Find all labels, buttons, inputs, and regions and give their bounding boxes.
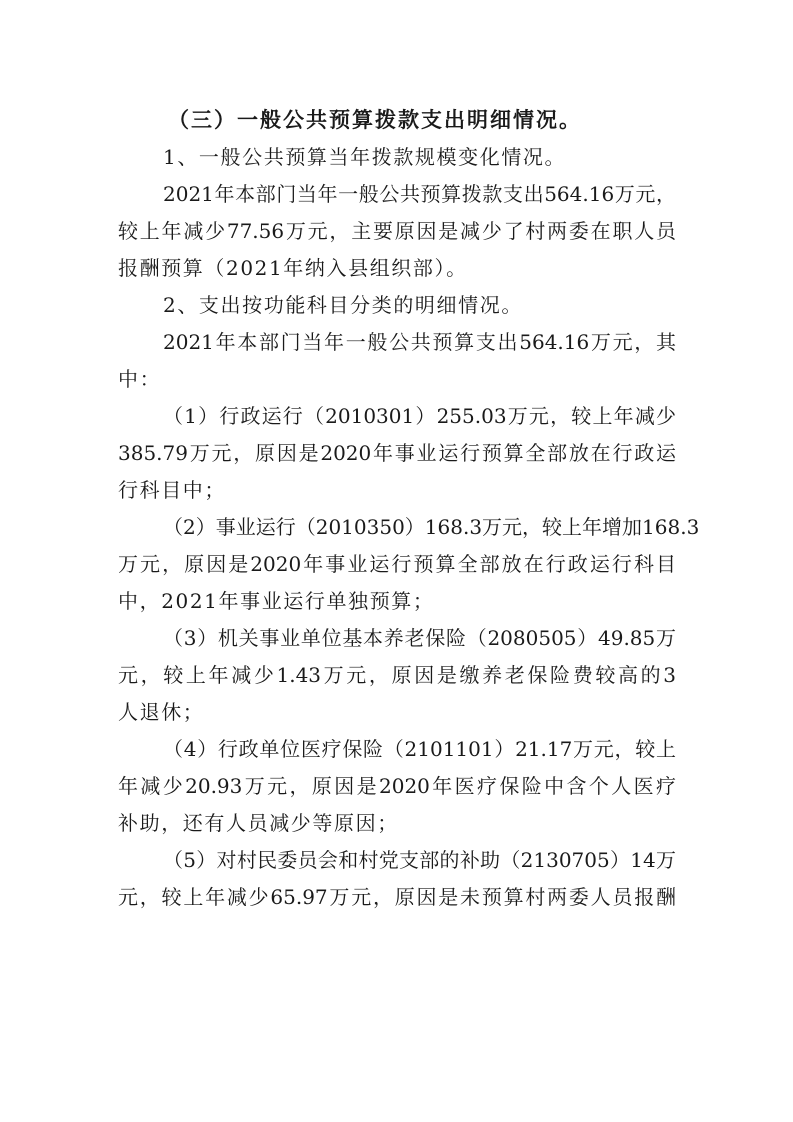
item-line: （4）行政单位医疗保险（2101101）21.17万元，较上 xyxy=(163,731,676,767)
item-line: （1）行政运行（2010301）255.03万元，较上年减少 xyxy=(163,398,676,434)
item-line: 补助，还有人员减少等原因； xyxy=(118,805,399,841)
paragraph-line: 2021年本部门当年一般公共预算支出564.16万元，其 xyxy=(163,324,676,360)
item-line: （2）事业运行（2010350）168.3万元，较上年增加168.3 xyxy=(163,509,676,545)
item-line: 中，2021年事业运行单独预算； xyxy=(118,583,435,619)
sub1-heading: 1、一般公共预算当年拨款规模变化情况。 xyxy=(163,139,566,175)
sub2-heading: 2、支出按功能科目分类的明细情况。 xyxy=(163,287,523,323)
item-line: 元，较上年减少1.43万元，原因是缴养老保险费较高的3 xyxy=(118,657,676,693)
item-line: 385.79万元，原因是2020年事业运行预算全部放在行政运 xyxy=(118,435,676,471)
item-line: 万元，原因是2020年事业运行预算全部放在行政运行科目 xyxy=(118,546,676,582)
item-line: （5）对村民委员会和村党支部的补助（2130705）14万 xyxy=(163,842,676,878)
paragraph-line: 较上年减少77.56万元，主要原因是减少了村两委在职人员 xyxy=(118,213,676,249)
section-title: （三）一般公共预算拨款支出明细情况。 xyxy=(168,102,582,138)
item-line: 人退休； xyxy=(118,694,204,730)
paragraph-line: 2021年本部门当年一般公共预算拨款支出564.16万元， xyxy=(163,176,676,212)
item-line: （3）机关事业单位基本养老保险（2080505）49.85万 xyxy=(163,620,676,656)
item-line: 年减少20.93万元，原因是2020年医疗保险中含个人医疗 xyxy=(118,768,676,804)
item-line: 元，较上年减少65.97万元，原因是未预算村两委人员报酬 xyxy=(118,879,676,915)
paragraph-line: 报酬预算（2021年纳入县组织部）。 xyxy=(118,250,468,286)
paragraph-line: 中： xyxy=(118,361,161,397)
item-line: 行科目中； xyxy=(118,472,226,508)
